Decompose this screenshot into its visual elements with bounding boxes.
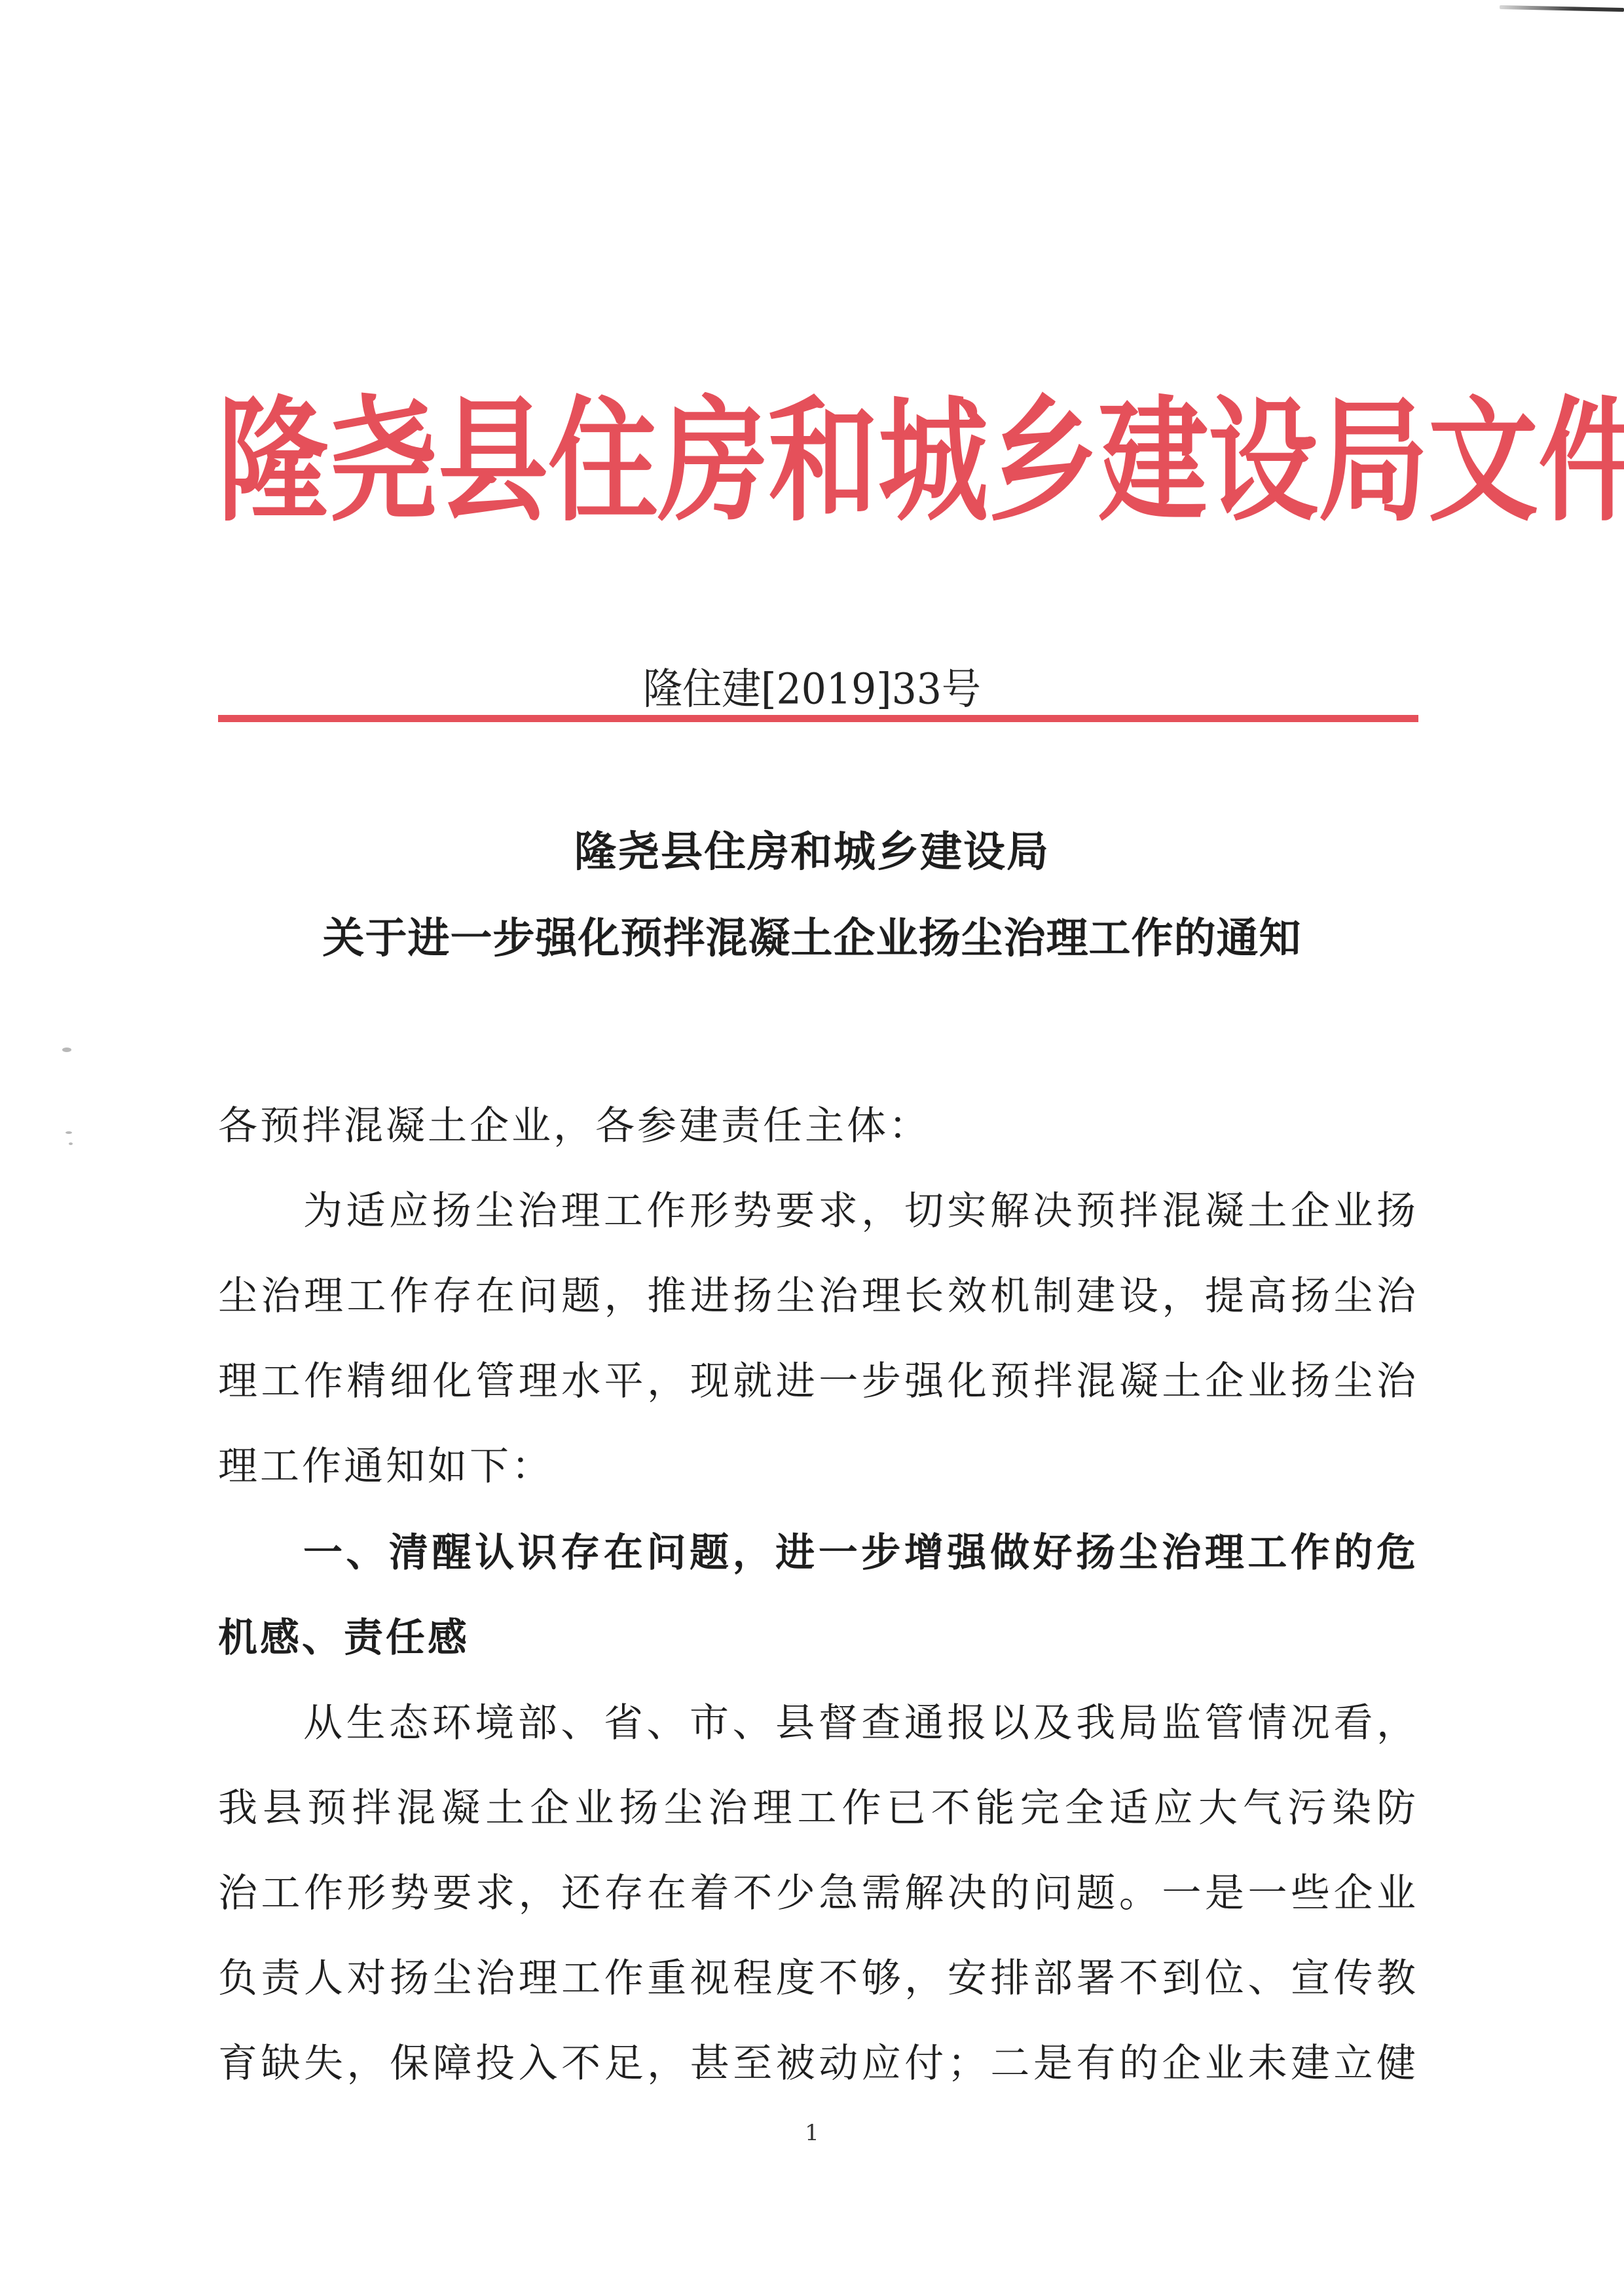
banner-char: 件 [1538,395,1624,529]
paragraph-line: 理工作精细化管理水平，现就进一步强化预拌混凝土企业扬尘治 [218,1339,1418,1424]
banner-char: 县 [438,395,548,529]
document-title-line-1: 隆尧县住房和城乡建设局 [0,826,1624,879]
heading-line: 一、清醒认识存在问题，进一步增强做好扬尘治理工作的危 [218,1510,1418,1595]
issuer-banner: 隆 尧 县 住 房 和 城 乡 建 设 局 文 件 [218,378,1418,545]
banner-char: 房 [658,395,768,529]
banner-char: 乡 [988,395,1098,529]
document-title-line-2: 关于进一步强化预拌混凝土企业扬尘治理工作的通知 [0,913,1624,965]
document-number: 隆住建[2019]33号 [0,665,1624,714]
scan-speck [65,1131,72,1134]
banner-char: 住 [548,395,658,529]
banner-char: 设 [1208,395,1318,529]
page-number: 1 [0,2120,1624,2146]
banner-char: 建 [1098,395,1208,529]
paragraph-line: 我县预拌混凝土企业扬尘治理工作已不能完全适应大气污染防 [218,1766,1418,1851]
banner-char: 局 [1318,395,1428,529]
section-1-paragraph: 从生态环境部、省、市、县督查通报以及我局监管情况看， 我县预拌混凝土企业扬尘治理… [218,1681,1418,2106]
paragraph-line: 从生态环境部、省、市、县督查通报以及我局监管情况看， [218,1681,1418,1766]
paragraph-line: 负责人对扬尘治理工作重视程度不够，安排部署不到位、宣传教 [218,1936,1418,2021]
salutation: 各预拌混凝土企业，各参建责任主体： [218,1084,1418,1169]
paragraph-line: 治工作形势要求，还存在着不少急需解决的问题。一是一些企业 [218,1851,1418,1936]
paragraph-line: 育缺失，保障投入不足，甚至被动应付；二是有的企业未建立健 [218,2021,1418,2106]
salutation-text: 各预拌混凝土企业，各参建责任主体： [218,1084,1418,1169]
banner-char: 和 [768,395,878,529]
scan-edge-mark [1500,5,1624,12]
scan-speck [69,1142,73,1145]
paragraph-line: 尘治理工作存在问题，推进扬尘治理长效机制建设，提高扬尘治 [218,1254,1418,1339]
scan-speck [62,1048,71,1052]
banner-char: 城 [878,395,988,529]
paragraph-line: 为适应扬尘治理工作形势要求，切实解决预拌混凝土企业扬 [218,1169,1418,1254]
red-divider-rule [218,715,1418,722]
intro-paragraph: 为适应扬尘治理工作形势要求，切实解决预拌混凝土企业扬 尘治理工作存在问题，推进扬… [218,1169,1418,1509]
banner-char: 隆 [218,395,328,529]
banner-char: 文 [1428,395,1538,529]
banner-char: 尧 [328,395,438,529]
heading-line: 机感、责任感 [218,1595,1418,1681]
section-1-heading: 一、清醒认识存在问题，进一步增强做好扬尘治理工作的危 机感、责任感 [218,1510,1418,1681]
paragraph-line: 理工作通知如下： [218,1424,1418,1509]
